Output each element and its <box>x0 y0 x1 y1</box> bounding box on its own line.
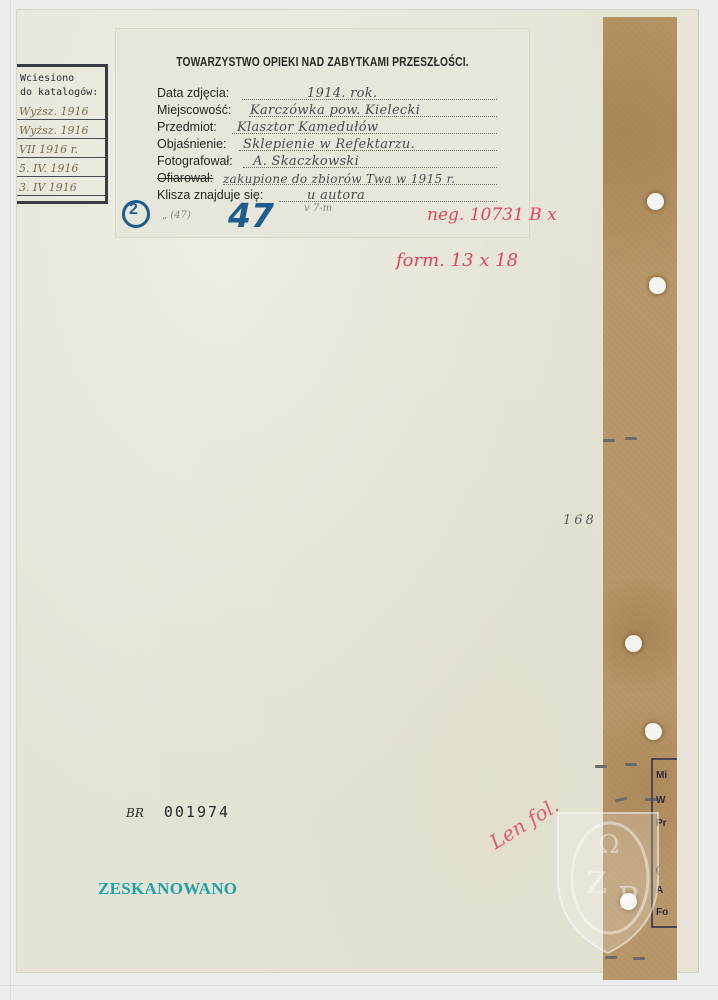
catalogue-entry: VII 1916 r. <box>19 143 78 156</box>
field-subject: Przedmiot: Klasztor Kamedułów <box>157 120 497 137</box>
inventory-prefix: BR <box>126 806 144 820</box>
circled-digit: 2 <box>129 201 138 219</box>
inventory-number: BR001974 <box>126 803 230 821</box>
catalogue-entry: 3. IV 1916 <box>19 181 77 194</box>
staple <box>625 763 637 766</box>
pencil-prefix: „ (47) <box>162 210 191 221</box>
field-value: A. Skaczkowski <box>253 154 359 169</box>
field-value: Klasztor Kamedułów <box>237 120 378 135</box>
staple <box>603 439 615 442</box>
catalogue-entry: Wyższ. 1916 <box>19 105 89 118</box>
blue-circled-number: 2 <box>122 200 150 228</box>
stamp-fragment: Mi <box>656 770 667 781</box>
field-label: Data zdjęcia: <box>157 86 229 100</box>
staple <box>595 765 607 768</box>
catalogue-row: 3. IV 1916 <box>17 177 105 196</box>
field-photo-date: Data zdjęcia: 1914. rok. <box>157 86 497 103</box>
svg-text:P: P <box>618 881 638 916</box>
field-value: u autora <box>307 188 365 203</box>
field-value: Sklepienie w Refektarzu. <box>243 137 415 152</box>
field-label: Objaśnienie: <box>157 137 227 151</box>
catalogue-row: VII 1916 r. <box>17 139 105 158</box>
inventory-digits: 001974 <box>164 803 230 821</box>
catalogue-row: 5. IV. 1916 <box>17 158 105 177</box>
catalogue-stamp: Wciesiono do katalogów: Wyższ. 1916 Wyżs… <box>17 64 108 204</box>
page-number: 168 <box>563 513 597 528</box>
catalogue-entry: Wyższ. 1916 <box>19 124 89 137</box>
field-label: Przedmiot: <box>157 120 217 134</box>
field-value: Karczówka pow. Kielecki <box>250 103 420 118</box>
field-label: Fotografował: <box>157 154 233 168</box>
pencil-note: v 7-m <box>304 203 332 214</box>
field-label: Ofiarował: <box>157 171 213 185</box>
catalogue-row: Wyższ. 1916 <box>17 120 105 139</box>
red-negative-number: neg. 10731 B x <box>427 205 557 225</box>
stamp-fragment: W <box>656 795 665 806</box>
field-photographer: Fotografował: A. Skaczkowski <box>157 154 497 171</box>
catalogue-header-1: Wciesiono <box>20 73 74 84</box>
punch-hole-torn <box>645 723 662 740</box>
catalogue-row: Wyższ. 1916 <box>17 101 105 120</box>
catalogue-entry: 5. IV. 1916 <box>19 162 78 175</box>
field-description: Objaśnienie: Sklepienie w Refektarzu. <box>157 137 497 154</box>
society-watermark-icon: Ω Z P <box>548 808 668 958</box>
punch-hole-torn <box>649 277 666 294</box>
field-donated: Ofiarował: zakupione do zbiorów Twa w 19… <box>157 171 497 188</box>
field-location: Miejscowość: Karczówka pow. Kielecki <box>157 103 497 120</box>
label-title: TOWARZYSTWO OPIEKI NAD ZABYTKAMI PRZESZŁ… <box>153 55 492 69</box>
svg-text:Ω: Ω <box>598 830 620 860</box>
staple <box>625 437 637 440</box>
field-label: Klisza znajduje się: <box>157 188 263 202</box>
punch-hole <box>625 635 642 652</box>
red-format: form. 13 x 18 <box>396 250 518 271</box>
scanned-stamp: ZESKANOWANO <box>98 879 237 899</box>
field-value: 1914. rok. <box>307 86 377 101</box>
field-value: zakupione do zbiorów Twa w 1915 r. <box>223 172 455 186</box>
catalogue-header-2: do katalogów: <box>20 87 98 98</box>
field-label: Miejscowość: <box>157 103 231 117</box>
card-right-margin <box>677 10 699 972</box>
svg-text:Z: Z <box>586 866 607 901</box>
punch-hole <box>647 193 664 210</box>
